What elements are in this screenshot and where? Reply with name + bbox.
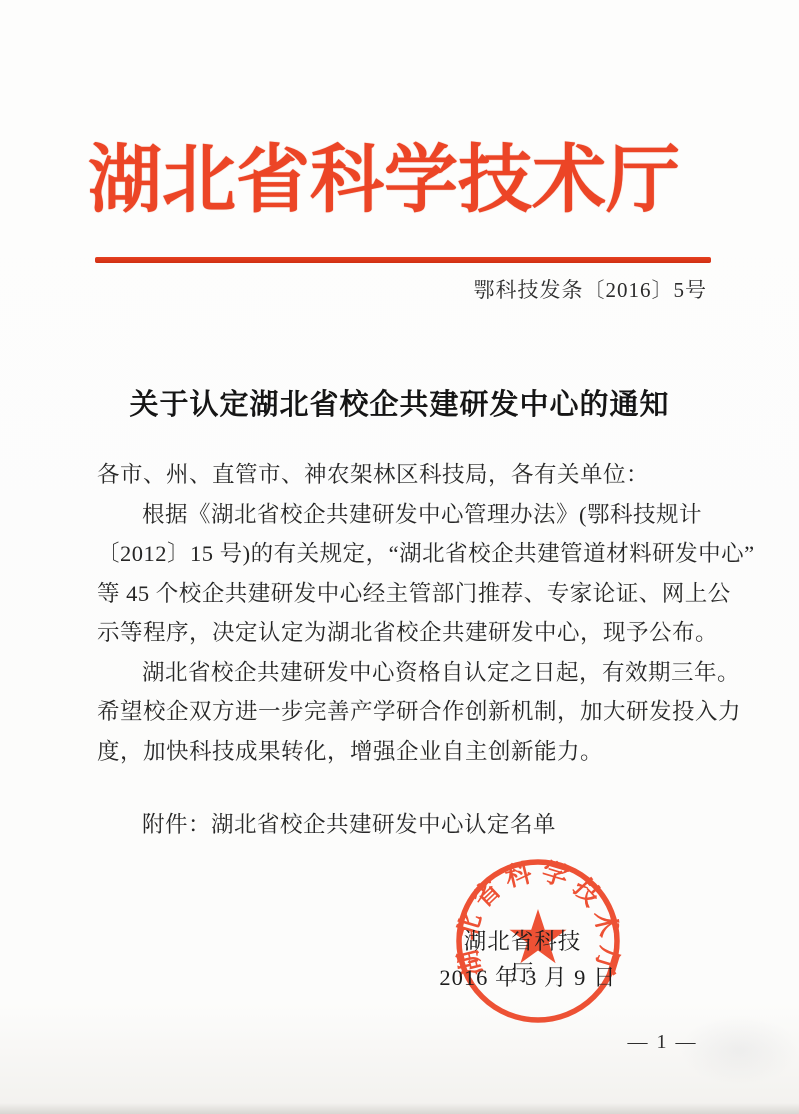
attachment-line: 附件：湖北省校企共建研发中心认定名单 <box>97 805 712 845</box>
scan-artifact <box>680 1015 799 1085</box>
body-text: 各市、州、直管市、神农架林区科技局，各有关单位： 根据《湖北省校企共建研发中心管… <box>97 455 712 771</box>
date: 2016 年 3 月 9 日 <box>438 960 618 992</box>
body-line: 度，加快科技成果转化，增强企业自主创新能力。 <box>97 732 712 772</box>
document-number: 鄂科技发条〔2016〕5号 <box>0 274 707 304</box>
page-title: 关于认定湖北省校企共建研发中心的通知 <box>0 382 799 423</box>
body-line: 希望校企双方进一步完善产学研合作创新机制，加大研发投入力 <box>97 692 712 732</box>
body-line: 〔2012〕15 号)的有关规定，“湖北省校企共建管道材料研发中心” <box>97 534 712 574</box>
letterhead-title: 湖北省科学技术厅 <box>88 118 716 230</box>
body-line: 示等程序，决定认定为湖北省校企共建研发中心，现予公布。 <box>97 613 712 653</box>
body-line: 湖北省校企共建研发中心资格自认定之日起，有效期三年。 <box>97 653 712 693</box>
salutation-line: 各市、州、直管市、神农架林区科技局，各有关单位： <box>97 455 712 495</box>
scanned-page: 湖北省科学技术厅 鄂科技发条〔2016〕5号 关于认定湖北省校企共建研发中心的通… <box>0 0 799 1114</box>
body-line: 根据《湖北省校企共建研发中心管理办法》(鄂科技规计 <box>97 495 712 535</box>
body-line: 等 45 个校企共建研发中心经主管部门推荐、专家论证、网上公 <box>97 574 712 614</box>
red-divider-rule <box>95 257 711 263</box>
